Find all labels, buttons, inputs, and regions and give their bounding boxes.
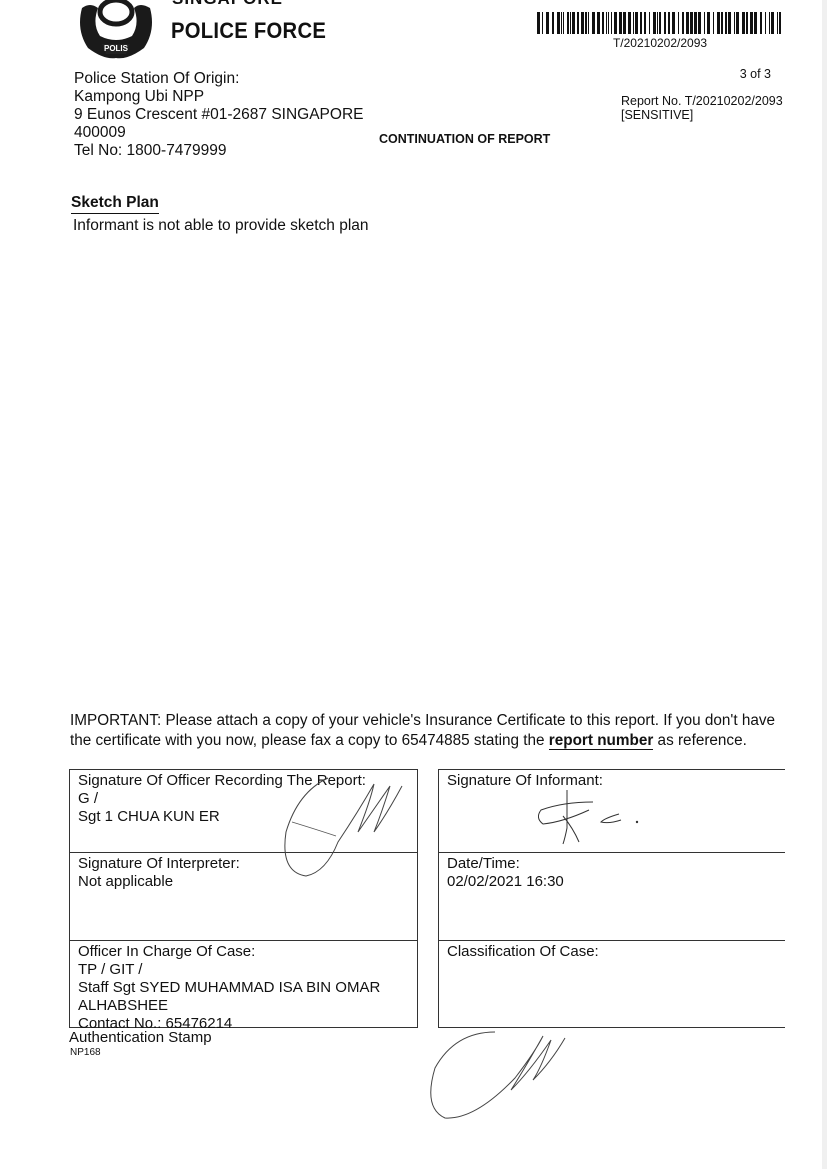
svg-text:POLIS: POLIS (104, 44, 129, 53)
scan-edge (822, 0, 827, 1169)
datetime-cell: Date/Time: 02/02/2021 16:30 (439, 853, 785, 941)
classification-cell: Classification Of Case: (439, 941, 785, 1028)
station-address-1: 9 Eunos Crescent #01-2687 SINGAPORE (74, 106, 363, 124)
important-notice: IMPORTANT: Please attach a copy of your … (70, 711, 790, 751)
interpreter-signature-cell: Signature Of Interpreter: Not applicable (70, 853, 417, 941)
page-indicator: 3 of 3 (700, 67, 771, 81)
station-label: Police Station Of Origin: (74, 70, 363, 88)
barcode (537, 12, 783, 34)
station-tel: Tel No: 1800-7479999 (74, 142, 363, 160)
form-code: NP168 (70, 1047, 101, 1058)
informant-signature-table: Signature Of Informant: Date/Time: 02/02… (438, 769, 785, 1028)
informant-signature-cell: Signature Of Informant: (439, 770, 785, 853)
officer-signature-table: Signature Of Officer Recording The Repor… (69, 769, 418, 1028)
sketch-plan-text: Informant is not able to provide sketch … (73, 217, 369, 235)
brand-name: POLICE FORCE (171, 18, 326, 44)
brand-name-partial: SINGAPORE (172, 0, 292, 6)
document-title: CONTINUATION OF REPORT (379, 132, 550, 146)
station-address-2: 400009 (74, 124, 363, 142)
report-number-block: Report No. T/20210202/2093 [SENSITIVE] (621, 94, 783, 122)
authentication-stamp-label: Authentication Stamp (69, 1029, 212, 1046)
officer-in-charge-cell: Officer In Charge Of Case: TP / GIT / St… (70, 941, 417, 1028)
sensitivity-tag: [SENSITIVE] (621, 108, 783, 122)
police-crest-logo: POLIS (74, 0, 158, 62)
station-name: Kampong Ubi NPP (74, 88, 363, 106)
sketch-plan-heading: Sketch Plan (71, 194, 159, 214)
station-of-origin: Police Station Of Origin: Kampong Ubi NP… (74, 70, 363, 160)
report-number: Report No. T/20210202/2093 (621, 94, 783, 108)
authentication-signature (425, 1028, 575, 1123)
report-number-emphasis: report number (549, 732, 654, 750)
barcode-number: T/20210202/2093 (537, 36, 783, 50)
officer-signature-cell: Signature Of Officer Recording The Repor… (70, 770, 417, 853)
